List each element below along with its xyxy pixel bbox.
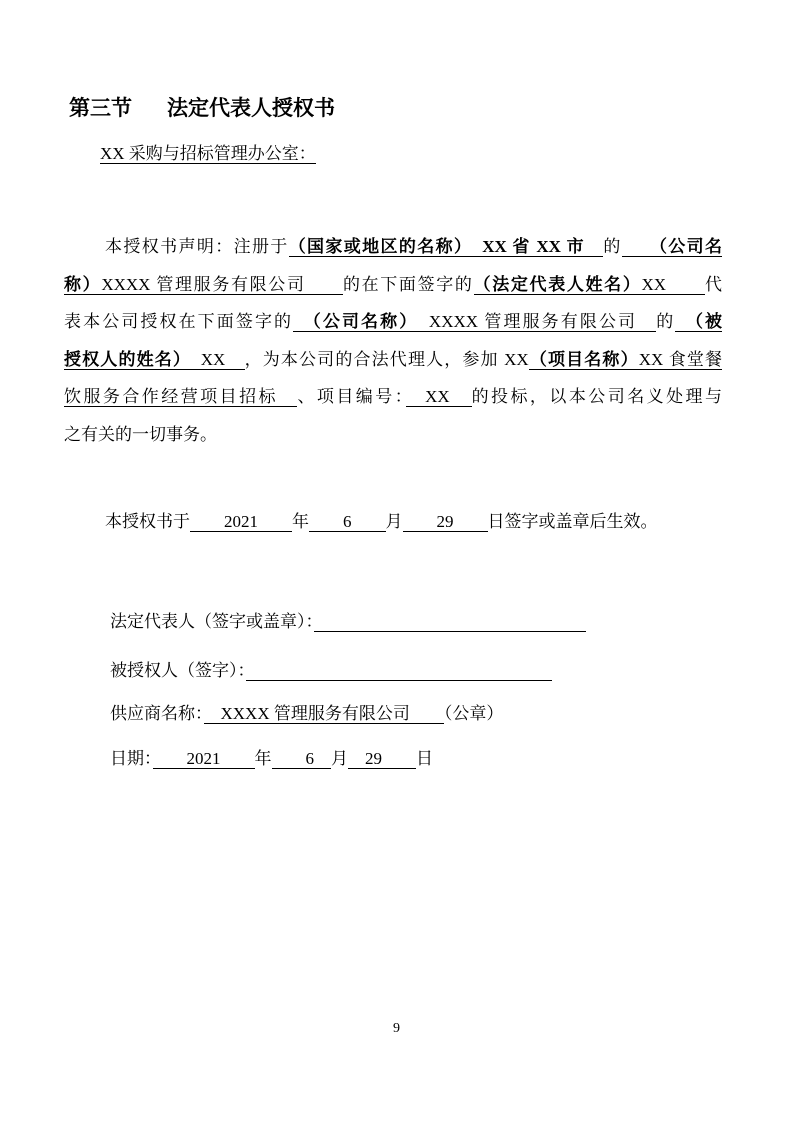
- authorized-person-signature-line: 被授权人（签字）：: [110, 657, 722, 685]
- date-day-blank: 29: [348, 749, 416, 769]
- project-name-value: XX 食堂餐: [639, 350, 722, 370]
- paragraph-line-2: 称）XXXX 管理服务有限公司 的在下面签字的（法定代表人姓名）XX 代: [64, 266, 722, 304]
- authorized-person-signature-blank: [246, 661, 552, 681]
- project-name-value: 饮服务合作经营项目招标: [64, 387, 297, 407]
- supplier-name-label: 供应商名称：: [110, 704, 204, 723]
- text-run: 本授权书声明：注册于: [105, 237, 289, 256]
- text-run: 之有关的一切事务。: [64, 425, 217, 444]
- date-label: 日期：: [110, 749, 153, 768]
- project-number-value: XX: [406, 387, 472, 407]
- legal-rep-signature-line: 法定代表人（签字或盖章）：: [110, 608, 722, 636]
- document-content: 第三节法定代表人授权书 XX 采购与招标管理办公室： 本授权书声明：注册于（国家…: [0, 0, 793, 773]
- supplier-name-line: 供应商名称： XXXX 管理服务有限公司 （公章）: [110, 700, 722, 728]
- project-name-blank: （项目名称）: [529, 350, 639, 370]
- seal-note: （公章）: [444, 704, 504, 723]
- text-run: 的: [603, 237, 621, 256]
- text-run: 年: [292, 512, 309, 531]
- salutation-text: XX 采购与招标管理办公室：: [100, 144, 316, 164]
- legal-rep-signature-blank: [314, 612, 586, 632]
- legal-rep-name-value: XX: [642, 275, 706, 295]
- signature-block: 法定代表人（签字或盖章）： 被授权人（签字）： 供应商名称： XXXX 管理服务…: [110, 608, 722, 773]
- paragraph-line-4: 授权人的姓名） XX ，为本公司的合法代理人，参加 XX（项目名称）XX 食堂餐: [64, 341, 722, 379]
- text-run: 表本公司授权在下面签字的: [64, 312, 293, 331]
- effective-date-line: 本授权书于 2021 年 6 月 29 日签字或盖章后生效。: [105, 503, 722, 541]
- page-number: 9: [0, 1020, 793, 1038]
- year-blank: 2021: [190, 512, 292, 532]
- text-run: 日签字或盖章后生效。: [488, 512, 658, 531]
- section-number: 第三节: [69, 96, 132, 120]
- section-title: 法定代表人授权书: [167, 96, 335, 120]
- text-run: 的投标，以本公司名义处理与: [472, 387, 722, 406]
- company-name-value: XXXX 管理服务有限公司: [101, 275, 343, 295]
- text-run: 本授权书于: [105, 512, 190, 531]
- company-name-blank: （公司名称）: [293, 312, 429, 332]
- text-run: 代: [705, 275, 722, 294]
- authorization-paragraph: 本授权书声明：注册于（国家或地区的名称） XX 省 XX 市 的 （公司名 称）…: [64, 228, 722, 453]
- legal-rep-name-blank: （法定代表人姓名）: [474, 275, 642, 295]
- day-suffix: 日: [416, 749, 433, 768]
- paragraph-line-6: 之有关的一切事务。: [64, 416, 722, 454]
- paragraph-line-5: 饮服务合作经营项目招标 、项目编号： XX 的投标，以本公司名义处理与: [64, 378, 722, 416]
- year-suffix: 年: [255, 749, 272, 768]
- authorized-person-signature-label: 被授权人（签字）：: [110, 661, 246, 680]
- day-blank: 29: [403, 512, 488, 532]
- company-name-value: XXXX 管理服务有限公司: [429, 312, 656, 332]
- company-name-blank: 称）: [64, 275, 101, 295]
- text-run: ，为本公司的合法代理人，参加 XX: [245, 350, 529, 369]
- paragraph-line-3: 表本公司授权在下面签字的 （公司名称） XXXX 管理服务有限公司 的 （被: [64, 303, 722, 341]
- underline-blank: [675, 312, 694, 332]
- legal-rep-signature-label: 法定代表人（签字或盖章）：: [110, 612, 314, 631]
- text-run: 、项目编号：: [297, 387, 405, 406]
- document-page: 第三节法定代表人授权书 XX 采购与招标管理办公室： 本授权书声明：注册于（国家…: [0, 0, 793, 1122]
- underline-blank: [622, 237, 659, 257]
- company-name-blank: （公司名: [658, 237, 722, 257]
- authorized-person-value: XX: [183, 350, 245, 370]
- month-suffix: 月: [331, 749, 348, 768]
- date-line: 日期： 2021 年 6 月 29 日: [110, 745, 722, 773]
- month-blank: 6: [309, 512, 386, 532]
- section-heading: 第三节法定代表人授权书: [69, 94, 722, 122]
- text-run: 的在下面签字的: [343, 275, 474, 294]
- date-month-blank: 6: [272, 749, 332, 769]
- salutation-line: XX 采购与招标管理办公室：: [100, 140, 722, 168]
- text-run: 月: [386, 512, 403, 531]
- authorized-person-blank: （被: [694, 312, 722, 332]
- supplier-name-value: XXXX 管理服务有限公司: [204, 704, 444, 724]
- text-run: 的: [656, 312, 675, 331]
- date-year-blank: 2021: [153, 749, 255, 769]
- paragraph-line-1: 本授权书声明：注册于（国家或地区的名称） XX 省 XX 市 的 （公司名: [64, 228, 722, 266]
- authorized-person-blank: 授权人的姓名）: [64, 350, 183, 370]
- country-region-blank: （国家或地区的名称） XX 省 XX 市: [289, 237, 604, 257]
